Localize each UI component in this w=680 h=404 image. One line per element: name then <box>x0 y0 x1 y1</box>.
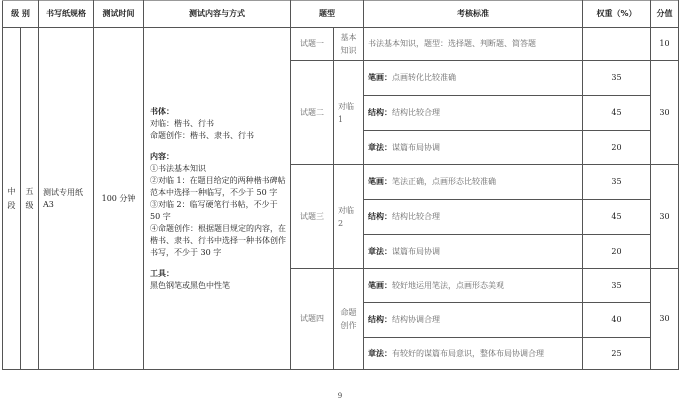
criteria-text: 谋篇布局协调 <box>392 143 440 152</box>
criteria-text: 点画转化比较准确 <box>392 73 456 82</box>
question-type: 对临1 <box>338 100 356 126</box>
question-type: 基本知识 <box>340 31 358 57</box>
test-time: 100 分钟 <box>94 28 144 370</box>
header-test-time: 测试时间 <box>94 1 144 28</box>
weight-value <box>583 28 651 61</box>
criteria-cell: 结构：结构协调合理 <box>364 303 583 338</box>
content-method-cell: 书体： 对临：楷书、行书 命题创作：楷书、隶书、行书 内容： ①书法基本知识 ②… <box>144 28 291 370</box>
header-question-type: 题型 <box>291 1 364 28</box>
criteria-text: 结构协调合理 <box>392 315 440 324</box>
paper-spec-cell: 测试专用纸A3 <box>39 28 94 370</box>
criteria-text: 结构比较合理 <box>392 212 440 221</box>
document-page: 级 别 书写纸规格 测试时间 测试内容与方式 题型 考核标准 权重（%） 分值 … <box>0 0 680 404</box>
criteria-cell: 笔画：较好地运用笔法，点画形态美观 <box>364 269 583 303</box>
score-value: 10 <box>651 28 679 61</box>
question-type-cell: 基本知识 <box>334 28 364 61</box>
header-weight: 权重（%） <box>583 1 651 28</box>
assessment-table: 级 别 书写纸规格 测试时间 测试内容与方式 题型 考核标准 权重（%） 分值 … <box>2 0 679 370</box>
question-type: 对临2 <box>338 204 356 230</box>
weight-value: 35 <box>583 269 651 303</box>
criteria-key: 结构： <box>368 212 392 221</box>
question-type-cell: 命题创作 <box>334 269 364 370</box>
level-segment-cell: 中段 <box>3 28 21 370</box>
criteria-text: 书法基本知识，题型：选择题、判断题、简答题 <box>364 28 583 61</box>
question-name: 试题四 <box>291 269 334 370</box>
weight-value: 45 <box>583 96 651 131</box>
criteria-cell: 章法：有较好的谋篇布局意识，整体布局协调合理 <box>364 338 583 370</box>
criteria-text: 较好地运用笔法，点画形态美观 <box>392 281 504 290</box>
level-segment: 中段 <box>7 185 16 213</box>
criteria-cell: 章法：谋篇布局协调 <box>364 235 583 269</box>
criteria-cell: 结构：结构比较合理 <box>364 200 583 235</box>
criteria-cell: 笔画：笔法正确，点画形态比较准确 <box>364 165 583 200</box>
criteria-text: 结构比较合理 <box>392 108 440 117</box>
question-type-cell: 对临2 <box>334 165 364 269</box>
weight-value: 25 <box>583 338 651 370</box>
weight-value: 45 <box>583 200 651 235</box>
table-row: 中段 五级 测试专用纸A3 100 分钟 书体： 对临：楷书、行书 命题创作：楷… <box>3 28 679 61</box>
weight-value: 35 <box>583 165 651 200</box>
criteria-cell: 结构：结构比较合理 <box>364 96 583 131</box>
question-name: 试题二 <box>291 61 334 165</box>
level-grade-cell: 五级 <box>21 28 39 370</box>
question-type-cell: 对临1 <box>334 61 364 165</box>
question-name: 试题三 <box>291 165 334 269</box>
tools-title: 工具： <box>150 268 287 280</box>
question-name: 试题一 <box>291 28 334 61</box>
criteria-key: 笔画： <box>368 281 392 290</box>
criteria-cell: 章法：谋篇布局协调 <box>364 131 583 165</box>
paper-spec: 测试专用纸A3 <box>43 187 87 211</box>
header-criteria: 考核标准 <box>364 1 583 28</box>
criteria-cell: 笔画：点画转化比较准确 <box>364 61 583 96</box>
header-score: 分值 <box>651 1 679 28</box>
content-title: 内容： <box>150 151 287 163</box>
criteria-text: 谋篇布局协调 <box>392 247 440 256</box>
level-grade: 五级 <box>25 185 34 213</box>
criteria-key: 笔画： <box>368 73 392 82</box>
criteria-key: 章法： <box>368 349 392 358</box>
criteria-text: 有较好的谋篇布局意识，整体布局协调合理 <box>392 349 544 358</box>
tools-line: 黑色钢笔或黑色中性笔 <box>150 280 287 292</box>
style-line: 命题创作：楷书、隶书、行书 <box>150 130 287 142</box>
score-value: 30 <box>651 165 679 269</box>
criteria-key: 章法： <box>368 143 392 152</box>
score-value: 30 <box>651 61 679 165</box>
header-content-method: 测试内容与方式 <box>144 1 291 28</box>
header-level: 级 别 <box>3 1 39 28</box>
question-type: 命题创作 <box>340 306 358 332</box>
style-title: 书体： <box>150 106 287 118</box>
weight-value: 20 <box>583 235 651 269</box>
criteria-key: 章法： <box>368 247 392 256</box>
criteria-key: 结构： <box>368 108 392 117</box>
style-line: 对临：楷书、行书 <box>150 118 287 130</box>
weight-value: 20 <box>583 131 651 165</box>
content-line: ③对临 2：临写硬笔行书帖，不少于 50 字 <box>150 199 287 223</box>
criteria-key: 结构： <box>368 315 392 324</box>
content-line: ④命题创作：根据题目规定的内容，在楷书、隶书、行书中选择一种书体创作书写，不少于… <box>150 223 287 259</box>
page-number: 9 <box>0 392 680 400</box>
content-line: ①书法基本知识 <box>150 163 287 175</box>
content-line: ②对临 1：在题目给定的两种楷书碑帖范本中选择一种临写，不少于 50 字 <box>150 175 287 199</box>
weight-value: 35 <box>583 61 651 96</box>
weight-value: 40 <box>583 303 651 338</box>
criteria-text: 笔法正确，点画形态比较准确 <box>392 177 496 186</box>
header-paper-spec: 书写纸规格 <box>39 1 94 28</box>
score-value: 30 <box>651 269 679 370</box>
header-row: 级 别 书写纸规格 测试时间 测试内容与方式 题型 考核标准 权重（%） 分值 <box>3 1 679 28</box>
criteria-key: 笔画： <box>368 177 392 186</box>
